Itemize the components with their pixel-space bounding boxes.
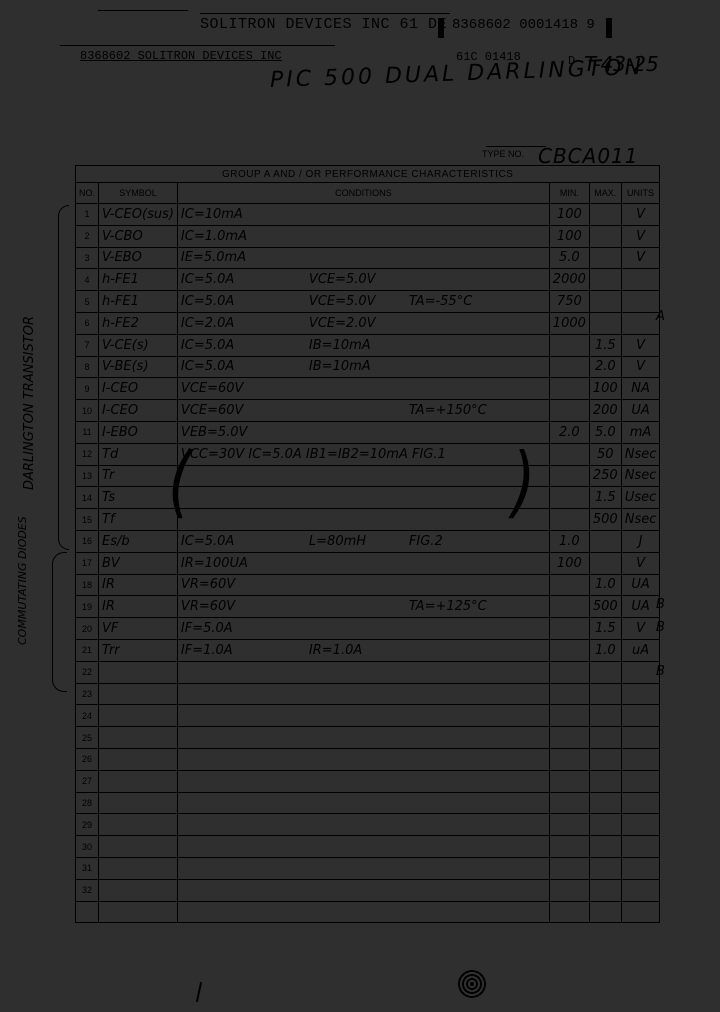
table-row: 6h-FE2IC=2.0AVCE=2.0V1000 [76, 312, 660, 334]
row-no: 10 [76, 400, 99, 422]
row-no: 17 [76, 552, 99, 574]
condition-1: IC=10mA [181, 207, 309, 222]
row-no [76, 901, 99, 923]
condition-2: VCE=5.0V [309, 272, 409, 287]
row-max: 1.0 [589, 639, 621, 661]
row-max: 1.5 [589, 618, 621, 640]
group-title: GROUP A AND / OR PERFORMANCE CHARACTERIS… [76, 166, 660, 183]
row-symbol: V-CEO(sus) [99, 204, 178, 226]
condition-1: IE=5.0mA [181, 250, 309, 265]
table-row: 30 [76, 836, 660, 858]
row-no: 32 [76, 879, 99, 901]
table-row [76, 901, 660, 923]
row-symbol [99, 748, 178, 770]
row-symbol [99, 727, 178, 749]
row-max: 500 [589, 509, 621, 531]
row-max [589, 836, 621, 858]
row-no: 13 [76, 465, 99, 487]
row-no: 6 [76, 312, 99, 334]
row-units [621, 748, 660, 770]
row-no: 29 [76, 814, 99, 836]
table-row: 9I-CEOVCE=60V100NA [76, 378, 660, 400]
row-min [549, 400, 589, 422]
row-max [589, 727, 621, 749]
row-units [621, 269, 660, 291]
row-units [621, 291, 660, 313]
table-title-row: GROUP A AND / OR PERFORMANCE CHARACTERIS… [76, 166, 660, 183]
row-max: 100 [589, 378, 621, 400]
table-row: 31 [76, 857, 660, 879]
row-min [549, 683, 589, 705]
row-units [621, 770, 660, 792]
row-units [621, 879, 660, 901]
row-max: 200 [589, 400, 621, 422]
row-units [621, 836, 660, 858]
row-no: 15 [76, 509, 99, 531]
row-max [589, 661, 621, 683]
table-row: 15Tf500Nsec [76, 509, 660, 531]
row-conditions [177, 792, 549, 814]
row-max: 500 [589, 596, 621, 618]
header-second-line: 8368602 SOLITRON DEVICES INC [80, 49, 282, 63]
row-min: 1.0 [549, 530, 589, 552]
row-units: Nsec [621, 465, 660, 487]
row-conditions: VEB=5.0V [177, 421, 549, 443]
row-conditions [177, 661, 549, 683]
table-row: 28 [76, 792, 660, 814]
row-max [589, 857, 621, 879]
row-units [621, 901, 660, 923]
row-symbol: IR [99, 596, 178, 618]
row-conditions: IR=100UA [177, 552, 549, 574]
condition-1: VCE=60V [181, 403, 309, 418]
row-units: V [621, 618, 660, 640]
row-min [549, 770, 589, 792]
row-no: 28 [76, 792, 99, 814]
row-min [549, 443, 589, 465]
row-no: 24 [76, 705, 99, 727]
row-no: 11 [76, 421, 99, 443]
row-symbol [99, 792, 178, 814]
row-max: 50 [589, 443, 621, 465]
row-no: 31 [76, 857, 99, 879]
row-no: 4 [76, 269, 99, 291]
row-units [621, 312, 660, 334]
row-max [589, 901, 621, 923]
condition-2: VCE=2.0V [309, 316, 409, 331]
condition-2: L=80mH [309, 534, 409, 549]
row-min [549, 705, 589, 727]
row-conditions [177, 836, 549, 858]
row-conditions: IC=5.0AIB=10mA [177, 334, 549, 356]
row-symbol: h-FE2 [99, 312, 178, 334]
row-symbol: h-FE1 [99, 291, 178, 313]
row-min: 750 [549, 291, 589, 313]
row-conditions [177, 879, 549, 901]
condition-1: IC=5.0A [181, 359, 309, 374]
row-no: 9 [76, 378, 99, 400]
row-max [589, 770, 621, 792]
row-conditions: VR=60VTA=+125°C [177, 596, 549, 618]
stamp-mark [458, 970, 486, 998]
row-conditions: IC=5.0AIB=10mA [177, 356, 549, 378]
row-min [549, 836, 589, 858]
condition-3: TA=+150°C [409, 403, 487, 418]
condition-1: VEB=5.0V [181, 425, 309, 440]
row-units: NA [621, 378, 660, 400]
row-units: V [621, 334, 660, 356]
row-no: 16 [76, 530, 99, 552]
row-conditions [177, 814, 549, 836]
table-row: 3V-EBOIE=5.0mA5.0V [76, 247, 660, 269]
row-conditions [177, 770, 549, 792]
row-units: J [621, 530, 660, 552]
row-units [621, 727, 660, 749]
row-no: 25 [76, 727, 99, 749]
row-symbol: VF [99, 618, 178, 640]
row-units: V [621, 225, 660, 247]
row-conditions: IF=1.0AIR=1.0A [177, 639, 549, 661]
row-min [549, 727, 589, 749]
row-conditions: IE=5.0mA [177, 247, 549, 269]
row-min [549, 901, 589, 923]
row-no: 20 [76, 618, 99, 640]
row-symbol: Ts [99, 487, 178, 509]
row-conditions: IF=5.0A [177, 618, 549, 640]
row-symbol: V-EBO [99, 247, 178, 269]
row-max [589, 792, 621, 814]
table-row: 24 [76, 705, 660, 727]
table-row: 26 [76, 748, 660, 770]
row-symbol: I-EBO [99, 421, 178, 443]
table-row: 18IRVR=60V1.0UA [76, 574, 660, 596]
condition-1: IR=100UA [181, 556, 309, 571]
pen-mark [196, 982, 202, 1002]
row-no: 26 [76, 748, 99, 770]
col-header-symbol: SYMBOL [99, 183, 178, 204]
row-no: 14 [76, 487, 99, 509]
row-conditions [177, 465, 549, 487]
row-conditions [177, 727, 549, 749]
condition-2: VCE=5.0V [309, 294, 409, 309]
row-symbol: Tr [99, 465, 178, 487]
row-symbol: IR [99, 574, 178, 596]
table-row: 8V-BE(s)IC=5.0AIB=10mA2.0V [76, 356, 660, 378]
condition-1: IF=5.0A [181, 621, 309, 636]
condition-1: IC=2.0A [181, 316, 309, 331]
table-row: 4h-FE1IC=5.0AVCE=5.0V2000 [76, 269, 660, 291]
row-units: V [621, 247, 660, 269]
condition-2: IB=10mA [309, 359, 409, 374]
condition-2: IR=1.0A [309, 643, 409, 658]
row-units [621, 705, 660, 727]
table-row: 20VFIF=5.0A1.5V [76, 618, 660, 640]
row-symbol: I-CEO [99, 400, 178, 422]
row-symbol [99, 683, 178, 705]
row-max [589, 530, 621, 552]
row-side-note: B [656, 597, 665, 612]
switching-brace-right: ) [512, 443, 535, 521]
condition-1: VR=60V [181, 577, 309, 592]
condition-3: TA=+125°C [409, 599, 487, 614]
row-conditions [177, 857, 549, 879]
header-rule-second [60, 45, 335, 46]
table-row: 22 [76, 661, 660, 683]
condition-1: IC=5.0A [181, 534, 309, 549]
table-row: 23 [76, 683, 660, 705]
row-max [589, 269, 621, 291]
table-row: 1V-CEO(sus)IC=10mA100V [76, 204, 660, 226]
row-conditions [177, 705, 549, 727]
row-symbol [99, 770, 178, 792]
row-conditions [177, 748, 549, 770]
row-conditions [177, 509, 549, 531]
row-conditions: IC=5.0AVCE=5.0V [177, 269, 549, 291]
table-row: 25 [76, 727, 660, 749]
row-max [589, 683, 621, 705]
row-max: 1.5 [589, 487, 621, 509]
side-label-diodes: COMMUTATING DIODES [16, 516, 29, 645]
row-min [549, 639, 589, 661]
table-row: 14Ts1.5Usec [76, 487, 660, 509]
table-row: 16Es/bIC=5.0AL=80mHFIG.21.0J [76, 530, 660, 552]
row-conditions [177, 683, 549, 705]
row-no: 30 [76, 836, 99, 858]
row-max [589, 748, 621, 770]
row-units: mA [621, 421, 660, 443]
row-symbol [99, 901, 178, 923]
condition-1: IF=1.0A [181, 643, 309, 658]
row-min [549, 792, 589, 814]
row-units: UA [621, 574, 660, 596]
table-row: 13Tr250Nsec [76, 465, 660, 487]
row-max: 5.0 [589, 421, 621, 443]
row-max [589, 879, 621, 901]
row-symbol [99, 814, 178, 836]
row-min [549, 509, 589, 531]
row-units: Nsec [621, 509, 660, 531]
row-conditions: IC=5.0AL=80mHFIG.2 [177, 530, 549, 552]
row-no: 2 [76, 225, 99, 247]
row-conditions: VR=60V [177, 574, 549, 596]
row-max [589, 247, 621, 269]
column-header-row: NO. SYMBOL CONDITIONS MIN. MAX. UNITS [76, 183, 660, 204]
header-black-mark-1 [438, 18, 444, 38]
row-symbol: I-CEO [99, 378, 178, 400]
condition-1: IC=5.0A [181, 294, 309, 309]
header-rule-top [98, 10, 188, 11]
row-symbol: Tf [99, 509, 178, 531]
row-max [589, 204, 621, 226]
row-min [549, 487, 589, 509]
col-header-conditions: CONDITIONS [177, 183, 549, 204]
row-units [621, 857, 660, 879]
col-header-no: NO. [76, 183, 99, 204]
condition-1: VCE=60V [181, 381, 309, 396]
row-no: 5 [76, 291, 99, 313]
row-symbol: BV [99, 552, 178, 574]
row-conditions: VCE=60V [177, 378, 549, 400]
row-no: 21 [76, 639, 99, 661]
row-min [549, 857, 589, 879]
row-symbol [99, 857, 178, 879]
table-row: 12TdVCC=30V IC=5.0A IB1=IB2=10mA FIG.150… [76, 443, 660, 465]
row-min [549, 618, 589, 640]
condition-1: IC=1.0mA [181, 229, 309, 244]
type-no-rule [486, 146, 546, 147]
table-row: 7V-CE(s)IC=5.0AIB=10mA1.5V [76, 334, 660, 356]
row-symbol: h-FE1 [99, 269, 178, 291]
row-min: 100 [549, 204, 589, 226]
table-row: 17BVIR=100UA100V [76, 552, 660, 574]
row-units: uA [621, 639, 660, 661]
col-header-min: MIN. [549, 183, 589, 204]
row-max [589, 705, 621, 727]
row-symbol: Td [99, 443, 178, 465]
row-conditions: IC=5.0AVCE=5.0VTA=-55°C [177, 291, 549, 313]
condition-1: VCC=30V IC=5.0A IB1=IB2=10mA FIG.1 [181, 447, 446, 462]
condition-3: FIG.2 [409, 534, 443, 549]
condition-1: IC=5.0A [181, 338, 309, 353]
row-max [589, 312, 621, 334]
row-units: V [621, 552, 660, 574]
table-row: 29 [76, 814, 660, 836]
row-min: 1000 [549, 312, 589, 334]
row-side-note: B [656, 620, 665, 635]
row-no: 1 [76, 204, 99, 226]
header-black-mark-2 [606, 18, 612, 38]
row-min [549, 814, 589, 836]
row-min [549, 596, 589, 618]
row-no: 23 [76, 683, 99, 705]
header-rule-top2 [200, 13, 450, 14]
row-conditions: IC=10mA [177, 204, 549, 226]
table-row: 21TrrIF=1.0AIR=1.0A1.0uA [76, 639, 660, 661]
table-row: 32 [76, 879, 660, 901]
row-units [621, 661, 660, 683]
row-conditions: VCE=60VTA=+150°C [177, 400, 549, 422]
condition-2: IB=10mA [309, 338, 409, 353]
row-max: 2.0 [589, 356, 621, 378]
row-max [589, 291, 621, 313]
row-symbol [99, 879, 178, 901]
row-min [549, 334, 589, 356]
row-max: 1.0 [589, 574, 621, 596]
table-row: 5h-FE1IC=5.0AVCE=5.0VTA=-55°C750 [76, 291, 660, 313]
row-max [589, 552, 621, 574]
row-units: Nsec [621, 443, 660, 465]
row-units: V [621, 356, 660, 378]
row-min [549, 661, 589, 683]
row-units [621, 683, 660, 705]
row-conditions: IC=1.0mA [177, 225, 549, 247]
row-max: 1.5 [589, 334, 621, 356]
row-side-note: A [656, 309, 665, 324]
row-units: UA [621, 400, 660, 422]
row-symbol: Es/b [99, 530, 178, 552]
row-symbol: V-BE(s) [99, 356, 178, 378]
row-min [549, 748, 589, 770]
col-header-max: MAX. [589, 183, 621, 204]
header-top-code: 8368602 0001418 9 [452, 17, 595, 33]
type-no-label: TYPE NO. [482, 149, 524, 159]
row-no: 18 [76, 574, 99, 596]
row-symbol: V-CBO [99, 225, 178, 247]
table-row: 27 [76, 770, 660, 792]
row-conditions [177, 487, 549, 509]
row-symbol [99, 661, 178, 683]
row-conditions: IC=2.0AVCE=2.0V [177, 312, 549, 334]
row-symbol [99, 705, 178, 727]
row-min [549, 879, 589, 901]
row-no: 22 [76, 661, 99, 683]
table-row: 2V-CBOIC=1.0mA100V [76, 225, 660, 247]
row-min: 2000 [549, 269, 589, 291]
table-row: 11I-EBOVEB=5.0V2.05.0mA [76, 421, 660, 443]
row-units: V [621, 204, 660, 226]
row-min: 100 [549, 225, 589, 247]
row-no: 8 [76, 356, 99, 378]
row-symbol [99, 836, 178, 858]
switching-brace-left: ( [168, 443, 191, 521]
condition-3: TA=-55°C [409, 294, 472, 309]
row-no: 19 [76, 596, 99, 618]
characteristics-table: GROUP A AND / OR PERFORMANCE CHARACTERIS… [75, 165, 660, 923]
condition-1: VR=60V [181, 599, 309, 614]
row-side-note: B [656, 664, 665, 679]
row-min [549, 465, 589, 487]
row-no: 3 [76, 247, 99, 269]
row-max [589, 814, 621, 836]
table-row: 19IRVR=60VTA=+125°C500UA [76, 596, 660, 618]
row-no: 7 [76, 334, 99, 356]
row-min: 5.0 [549, 247, 589, 269]
row-symbol: Trr [99, 639, 178, 661]
darlington-brace [58, 205, 69, 550]
row-units [621, 792, 660, 814]
side-label-darlington: DARLINGTON TRANSISTOR [22, 316, 37, 490]
row-conditions: VCC=30V IC=5.0A IB1=IB2=10mA FIG.1 [177, 443, 549, 465]
diodes-brace [52, 552, 67, 692]
row-min: 2.0 [549, 421, 589, 443]
handwritten-title: PIC 500 DUAL DARLINGTON [270, 55, 645, 93]
col-header-units: UNITS [621, 183, 660, 204]
row-min: 100 [549, 552, 589, 574]
row-units [621, 814, 660, 836]
row-units: Usec [621, 487, 660, 509]
row-no: 12 [76, 443, 99, 465]
row-max: 250 [589, 465, 621, 487]
header-company: SOLITRON DEVICES INC 61 DE [200, 16, 447, 33]
header-company-line: SOLITRON DEVICES INC 61 DE [200, 16, 447, 33]
row-conditions [177, 901, 549, 923]
table-row: 10I-CEOVCE=60VTA=+150°C200UA [76, 400, 660, 422]
row-symbol: V-CE(s) [99, 334, 178, 356]
condition-1: IC=5.0A [181, 272, 309, 287]
row-no: 27 [76, 770, 99, 792]
row-min [549, 356, 589, 378]
row-min [549, 574, 589, 596]
row-max [589, 225, 621, 247]
row-min [549, 378, 589, 400]
row-units: UA [621, 596, 660, 618]
